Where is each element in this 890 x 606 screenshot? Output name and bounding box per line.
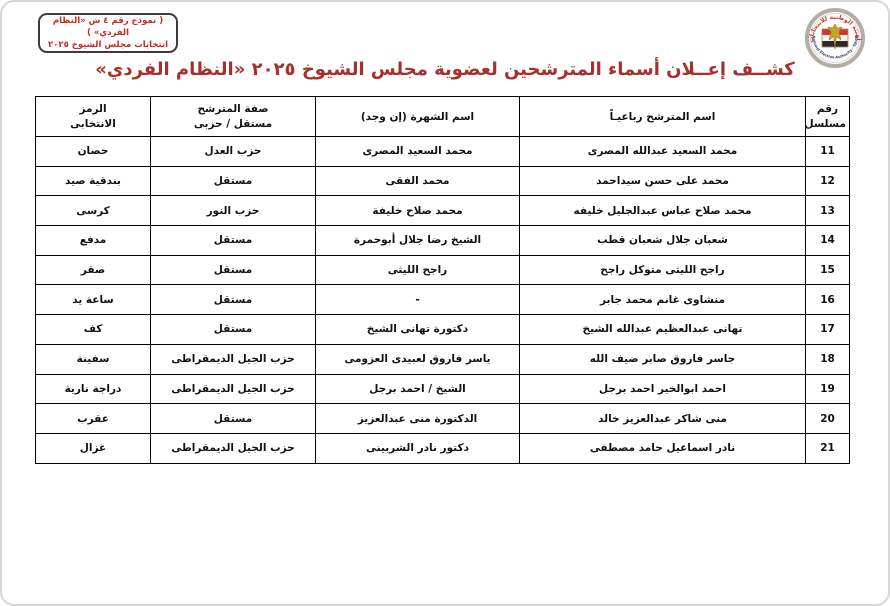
cell-electoral-symbol: عقرب — [36, 404, 151, 434]
cell-electoral-symbol: بندقية صيد — [36, 166, 151, 196]
document-page: ( نموذج رقم ٤ ش «النظام الفردي» ) انتخاب… — [0, 0, 890, 606]
cell-electoral-symbol: مدفع — [36, 226, 151, 256]
header-known-name: اسم الشهرة (إن وجد) — [316, 97, 520, 137]
page-title: كشــف إعــلان أسماء المترشحين لعضوية مجل… — [2, 59, 888, 80]
cell-known-name: - — [316, 285, 520, 315]
cell-electoral-symbol: حصان — [36, 137, 151, 167]
cell-candidate-status: حزب الجيل الديمقراطى — [151, 344, 316, 374]
candidate-row: 12 محمد على حسن سيداحمد محمد الفقى مستقل… — [36, 166, 850, 196]
candidate-row: 18 جاسر فاروق صابر ضيف الله ياسر فاروق ل… — [36, 344, 850, 374]
cell-candidate-status: حزب الجيل الديمقراطى — [151, 433, 316, 463]
cell-electoral-symbol: دراجة نارية — [36, 374, 151, 404]
table-body: 11 محمد السعيد عبدالله المصرى محمد السعي… — [36, 137, 850, 464]
cell-serial: 15 — [806, 255, 850, 285]
cell-serial: 18 — [806, 344, 850, 374]
cell-known-name: محمد صلاح خليفة — [316, 196, 520, 226]
cell-serial: 20 — [806, 404, 850, 434]
cell-serial: 21 — [806, 433, 850, 463]
cell-electoral-symbol: صقر — [36, 255, 151, 285]
cell-candidate-name: راجح الليثى متوكل راجح — [520, 255, 806, 285]
form-number-box: ( نموذج رقم ٤ ش «النظام الفردي» ) انتخاب… — [38, 13, 178, 53]
candidates-table: رقم مسلسل اسم المترشح رباعيـاً اسم الشهر… — [35, 96, 850, 464]
cell-candidate-name: شعبان جلال شعبان قطب — [520, 226, 806, 256]
cell-serial: 17 — [806, 315, 850, 345]
cell-known-name: راجح الليثى — [316, 255, 520, 285]
cell-known-name: محمد الفقى — [316, 166, 520, 196]
cell-known-name: ياسر فاروق لعبيدى العزومى — [316, 344, 520, 374]
form-number-line2: انتخابات مجلس الشيوخ ٢٠٢٥ — [48, 39, 168, 51]
cell-known-name: دكتورة تهانى الشيخ — [316, 315, 520, 345]
cell-candidate-name: محمد السعيد عبدالله المصرى — [520, 137, 806, 167]
cell-candidate-status: مستقل — [151, 166, 316, 196]
header-electoral-symbol: الرمز الانتخابى — [36, 97, 151, 137]
cell-candidate-status: حزب العدل — [151, 137, 316, 167]
candidate-row: 19 احمد ابوالخير احمد برجل الشيخ / احمد … — [36, 374, 850, 404]
header-serial: رقم مسلسل — [806, 97, 850, 137]
cell-candidate-name: نادر اسماعيل حامد مصطفى — [520, 433, 806, 463]
cell-serial: 14 — [806, 226, 850, 256]
cell-candidate-name: جاسر فاروق صابر ضيف الله — [520, 344, 806, 374]
candidate-row: 16 منشاوى غانم محمد جابر - مستقل ساعة يد — [36, 285, 850, 315]
cell-candidate-status: مستقل — [151, 255, 316, 285]
candidate-row: 14 شعبان جلال شعبان قطب الشيخ رضا جلال أ… — [36, 226, 850, 256]
cell-electoral-symbol: ساعة يد — [36, 285, 151, 315]
header-candidate-name: اسم المترشح رباعيـاً — [520, 97, 806, 137]
cell-electoral-symbol: سفينة — [36, 344, 151, 374]
cell-known-name: الشيخ رضا جلال أبوحمرة — [316, 226, 520, 256]
candidate-row: 17 تهانى عبدالعظيم عبدالله الشيخ دكتورة … — [36, 315, 850, 345]
candidate-row: 21 نادر اسماعيل حامد مصطفى دكتور نادر ال… — [36, 433, 850, 463]
table-header-row: رقم مسلسل اسم المترشح رباعيـاً اسم الشهر… — [36, 97, 850, 137]
cell-candidate-status: حزب الجيل الديمقراطى — [151, 374, 316, 404]
cell-electoral-symbol: غزال — [36, 433, 151, 463]
cell-candidate-status: مستقل — [151, 315, 316, 345]
cell-candidate-name: منى شاكر عبدالعزيز خالد — [520, 404, 806, 434]
cell-candidate-name: محمد صلاح عباس عبدالجليل خليفه — [520, 196, 806, 226]
cell-known-name: الدكتورة منى عبدالعزيز — [316, 404, 520, 434]
cell-candidate-status: مستقل — [151, 226, 316, 256]
cell-serial: 13 — [806, 196, 850, 226]
cell-candidate-status: حزب النور — [151, 196, 316, 226]
cell-electoral-symbol: كف — [36, 315, 151, 345]
cell-candidate-status: مستقل — [151, 404, 316, 434]
cell-candidate-name: تهانى عبدالعظيم عبدالله الشيخ — [520, 315, 806, 345]
cell-known-name: محمد السعيد المصرى — [316, 137, 520, 167]
cell-candidate-status: مستقل — [151, 285, 316, 315]
cell-candidate-name: منشاوى غانم محمد جابر — [520, 285, 806, 315]
cell-serial: 11 — [806, 137, 850, 167]
cell-serial: 12 — [806, 166, 850, 196]
cell-candidate-name: احمد ابوالخير احمد برجل — [520, 374, 806, 404]
form-number-line1: ( نموذج رقم ٤ ش «النظام الفردي» ) — [40, 15, 176, 40]
cell-known-name: الشيخ / احمد برجل — [316, 374, 520, 404]
cell-candidate-name: محمد على حسن سيداحمد — [520, 166, 806, 196]
cell-electoral-symbol: كرسى — [36, 196, 151, 226]
header-candidate-status: صفة المترشح مستقل / حزبى — [151, 97, 316, 137]
candidate-row: 20 منى شاكر عبدالعزيز خالد الدكتورة منى … — [36, 404, 850, 434]
cell-serial: 19 — [806, 374, 850, 404]
cell-serial: 16 — [806, 285, 850, 315]
cell-known-name: دكتور نادر الشربينى — [316, 433, 520, 463]
candidate-row: 13 محمد صلاح عباس عبدالجليل خليفه محمد ص… — [36, 196, 850, 226]
candidate-row: 15 راجح الليثى متوكل راجح راجح الليثى مس… — [36, 255, 850, 285]
candidate-row: 11 محمد السعيد عبدالله المصرى محمد السعي… — [36, 137, 850, 167]
